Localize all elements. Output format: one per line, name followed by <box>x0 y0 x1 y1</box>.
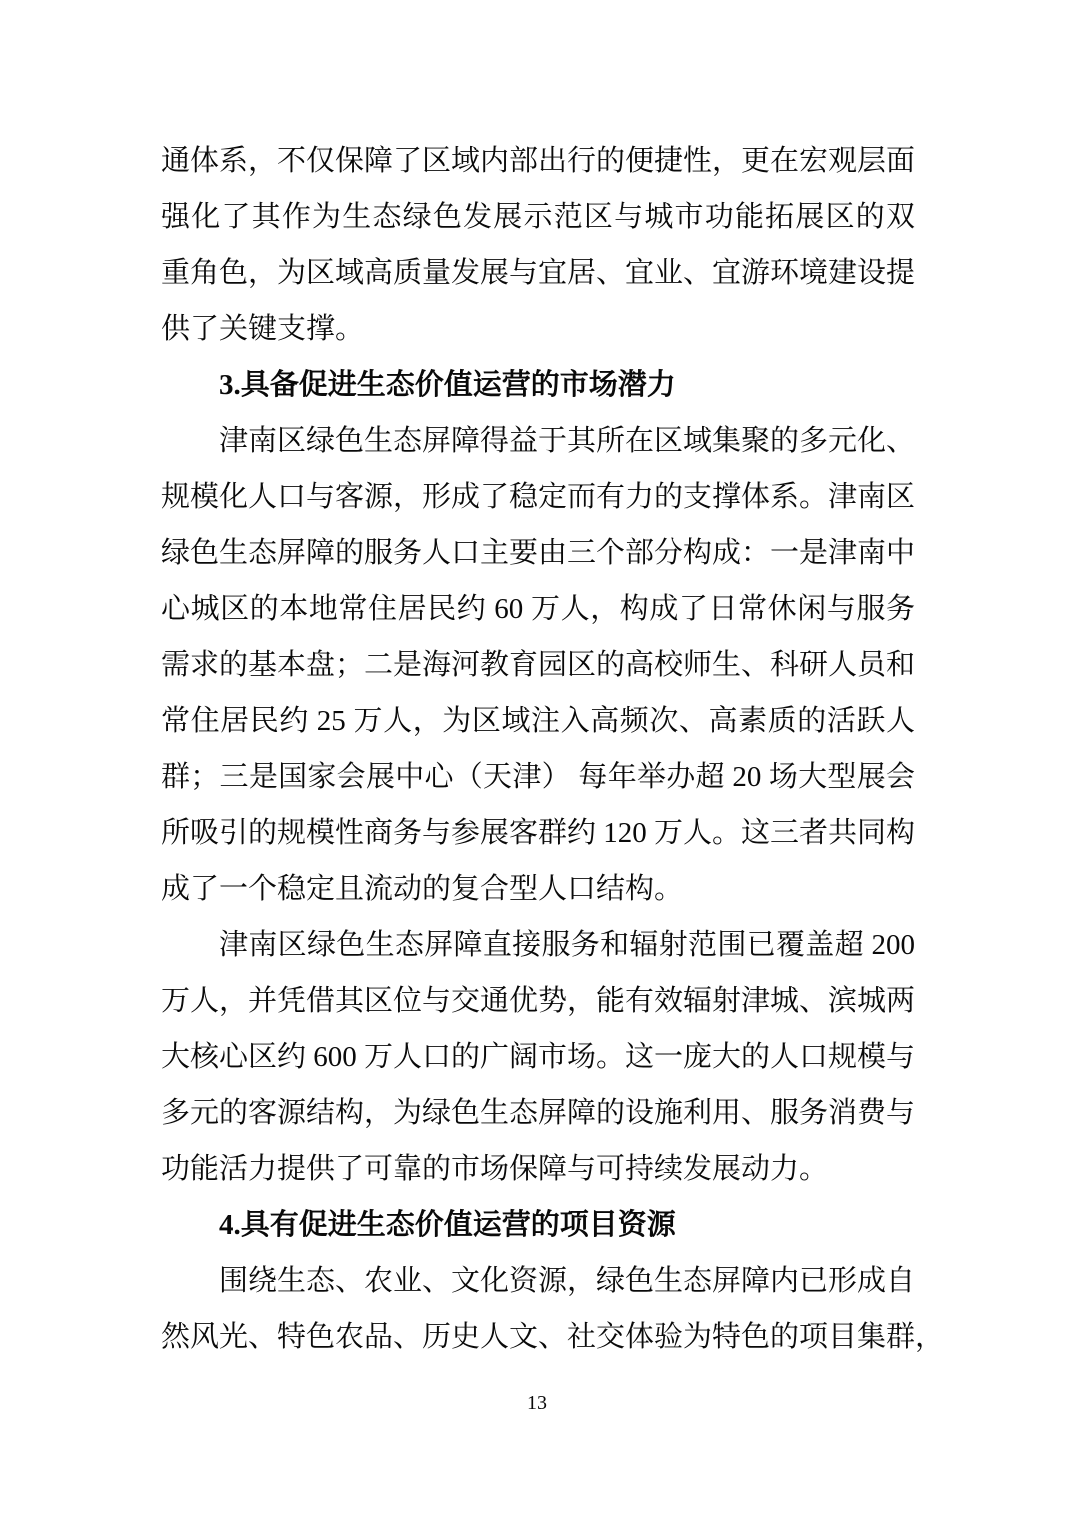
paragraph-population-composition-line: 所吸引的规模性商务与参展客群约 120 万人。这三者共同构 <box>161 805 915 861</box>
paragraph-population-composition-line: 津南区绿色生态屏障得益于其所在区域集聚的多元化、 <box>161 413 915 469</box>
paragraph-market-coverage-line: 多元的客源结构，为绿色生态屏障的设施利用、服务消费与 <box>161 1085 915 1141</box>
paragraph-market-coverage-line: 功能活力提供了可靠的市场保障与可持续发展动力。 <box>161 1141 915 1197</box>
heading-4-project-resources: 4.具有促进生态价值运营的项目资源 <box>161 1197 915 1253</box>
heading-3-market-potential: 3.具备促进生态价值运营的市场潜力 <box>161 357 915 413</box>
document-page: 通体系，不仅保障了区域内部出行的便捷性，更在宏观层面强化了其作为生态绿色发展示范… <box>0 0 1074 1520</box>
paragraph-project-clusters-line: 然风光、特色农品、历史人文、社交体验为特色的项目集群， <box>161 1309 915 1365</box>
paragraph-market-coverage-line: 津南区绿色生态屏障直接服务和辐射范围已覆盖超 200 <box>161 917 915 973</box>
paragraph-market-coverage-line: 大核心区约 600 万人口的广阔市场。这一庞大的人口规模与 <box>161 1029 915 1085</box>
paragraph-project-clusters-line: 围绕生态、农业、文化资源，绿色生态屏障内已形成自 <box>161 1253 915 1309</box>
page-number: 13 <box>527 1392 547 1414</box>
paragraph-transport-support-line: 重角色，为区域高质量发展与宜居、宜业、宜游环境建设提 <box>161 245 915 301</box>
paragraph-transport-support-line: 供了关键支撑。 <box>161 301 915 357</box>
paragraph-transport-support-line: 通体系，不仅保障了区域内部出行的便捷性，更在宏观层面 <box>161 133 915 189</box>
paragraph-population-composition-line: 群；三是国家会展中心（天津） 每年举办超 20 场大型展会 <box>161 749 915 805</box>
paragraph-population-composition-line: 常住居民约 25 万人，为区域注入高频次、高素质的活跃人 <box>161 693 915 749</box>
page-footer: 13 <box>0 1390 1074 1416</box>
document-body: 通体系，不仅保障了区域内部出行的便捷性，更在宏观层面强化了其作为生态绿色发展示范… <box>161 133 915 1365</box>
paragraph-population-composition-line: 需求的基本盘；二是海河教育园区的高校师生、科研人员和 <box>161 637 915 693</box>
paragraph-population-composition-line: 心城区的本地常住居民约 60 万人，构成了日常休闲与服务 <box>161 581 915 637</box>
paragraph-population-composition-line: 规模化人口与客源，形成了稳定而有力的支撑体系。津南区 <box>161 469 915 525</box>
paragraph-population-composition-line: 成了一个稳定且流动的复合型人口结构。 <box>161 861 915 917</box>
paragraph-transport-support-line: 强化了其作为生态绿色发展示范区与城市功能拓展区的双 <box>161 189 915 245</box>
paragraph-population-composition-line: 绿色生态屏障的服务人口主要由三个部分构成：一是津南中 <box>161 525 915 581</box>
paragraph-market-coverage-line: 万人，并凭借其区位与交通优势，能有效辐射津城、滨城两 <box>161 973 915 1029</box>
